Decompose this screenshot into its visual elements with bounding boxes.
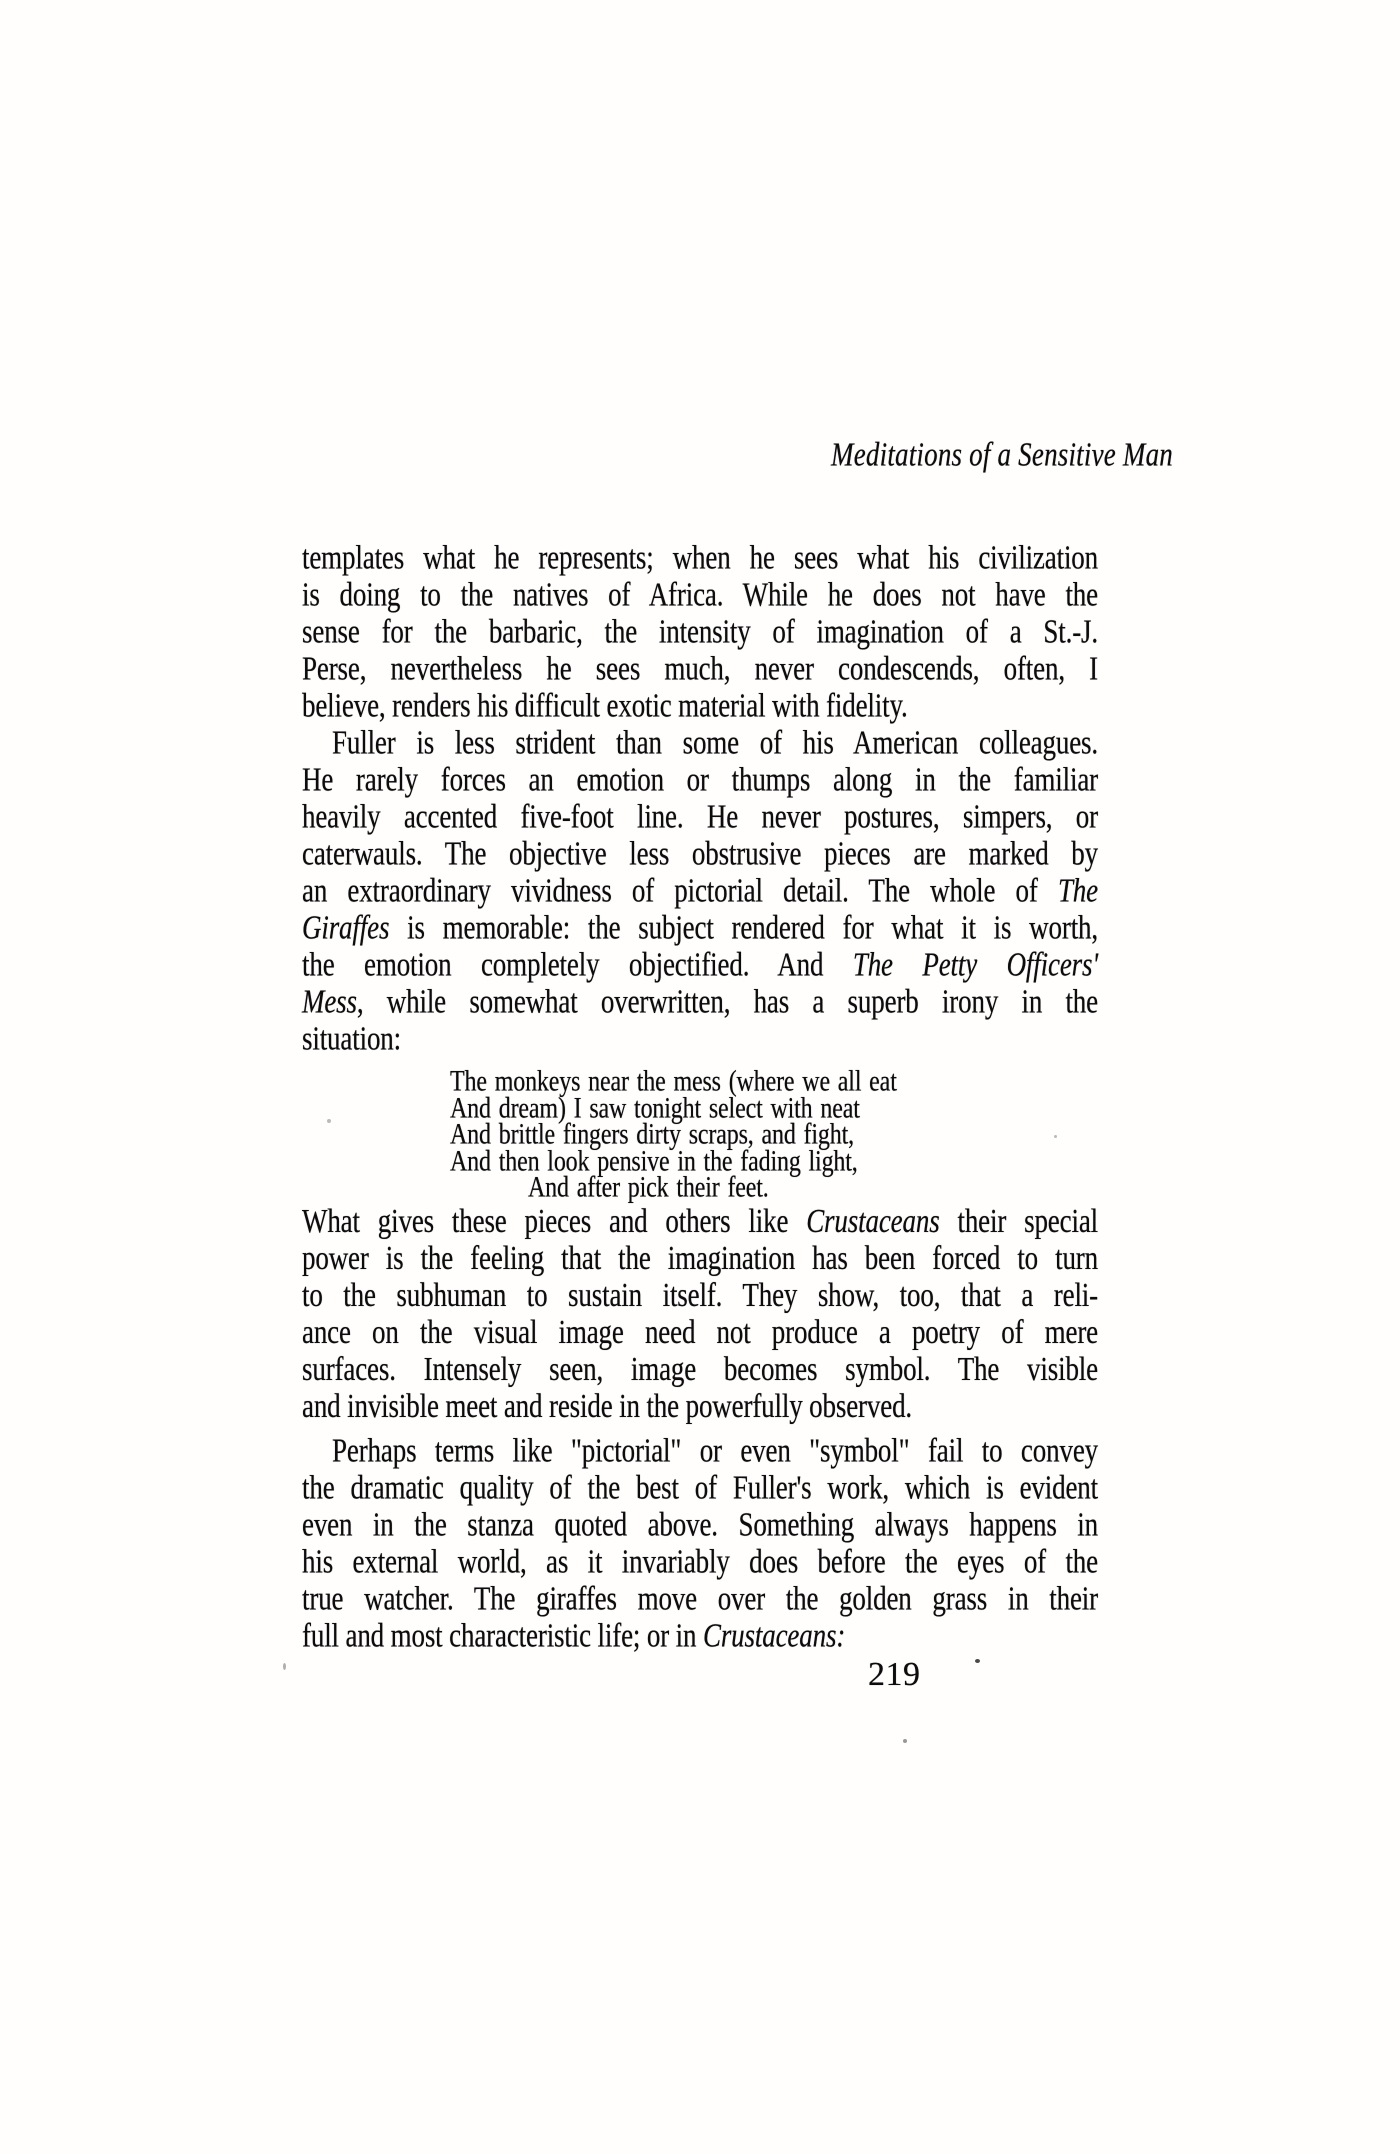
- italic-title-text: Mess: [302, 983, 357, 1020]
- text-line: Fuller is less strident than some of his…: [302, 724, 1098, 761]
- body-text: Fuller is less strident than some of his…: [332, 724, 1098, 761]
- text-line: the emotion completely objectified. And …: [302, 946, 1098, 983]
- text-line: Perhaps terms like "pictorial" or even "…: [302, 1431, 1098, 1468]
- body-text: And after pick their feet.: [528, 1172, 769, 1204]
- text-line: even in the stanza quoted above. Somethi…: [302, 1505, 1098, 1542]
- body-text: ance on the visual image need not produc…: [302, 1313, 1098, 1350]
- body-text: true watcher. The giraffes move over the…: [302, 1579, 1098, 1616]
- body-text: the dramatic quality of the best of Full…: [302, 1468, 1098, 1505]
- body-text: and invisible meet and reside in the pow…: [302, 1387, 912, 1424]
- text-line: power is the feeling that the imaginatio…: [302, 1239, 1098, 1276]
- page-number: 219: [868, 1656, 921, 1694]
- body-text: full and most characteristic life; or in: [302, 1616, 703, 1653]
- text-line: is doing to the natives of Africa. While…: [302, 576, 1098, 613]
- body-text: an extraordinary vividness of pictorial …: [302, 872, 1058, 909]
- body-text: the emotion completely objectified. And: [302, 946, 853, 983]
- body-text: their special: [940, 1202, 1098, 1239]
- text-line: sense for the barbaric, the intensity of…: [302, 613, 1098, 650]
- verse-quote: The monkeys near the mess (where we all …: [302, 1069, 1098, 1202]
- text-line: templates what he represents; when he se…: [302, 539, 1098, 576]
- paragraph: What gives these pieces and others like …: [302, 1202, 1098, 1424]
- paragraph: templates what he represents; when he se…: [302, 539, 1098, 724]
- text-line: situation:: [302, 1020, 1098, 1057]
- text-line: true watcher. The giraffes move over the…: [302, 1579, 1098, 1616]
- paragraph: Fuller is less strident than some of his…: [302, 724, 1098, 1057]
- body-text: caterwauls. The objective less obstrusiv…: [302, 835, 1098, 872]
- italic-title-text: Crustaceans:: [703, 1616, 845, 1653]
- text-line: to the subhuman to sustain itself. They …: [302, 1276, 1098, 1313]
- italic-title-text: Crustaceans: [806, 1202, 939, 1239]
- text-line: ance on the visual image need not produc…: [302, 1313, 1098, 1350]
- body-text: sense for the barbaric, the intensity of…: [302, 613, 1098, 650]
- paragraph: Perhaps terms like "pictorial" or even "…: [302, 1431, 1098, 1653]
- body-text: his external world, as it invariably doe…: [302, 1542, 1098, 1579]
- body-text: believe, renders his difficult exotic ma…: [302, 687, 908, 724]
- text-line: an extraordinary vividness of pictorial …: [302, 872, 1098, 909]
- text-line: What gives these pieces and others like …: [302, 1202, 1098, 1239]
- text-line: surfaces. Intensely seen, image becomes …: [302, 1350, 1098, 1387]
- text-line: believe, renders his difficult exotic ma…: [302, 687, 1098, 724]
- text-line: heavily accented five-foot line. He neve…: [302, 798, 1098, 835]
- body-text: power is the feeling that the imaginatio…: [302, 1239, 1098, 1276]
- text-line: the dramatic quality of the best of Full…: [302, 1468, 1098, 1505]
- body-text: is memorable: the subject rendered for w…: [389, 909, 1098, 946]
- scan-speck: [1054, 1135, 1057, 1138]
- text-line: He rarely forces an emotion or thumps al…: [302, 761, 1098, 798]
- italic-title-text: The Petty Officers': [853, 946, 1098, 983]
- scan-speck: [975, 1659, 980, 1663]
- text-line: Mess, while somewhat overwritten, has a …: [302, 983, 1098, 1020]
- body-text: surfaces. Intensely seen, image becomes …: [302, 1350, 1098, 1387]
- text-line: and invisible meet and reside in the pow…: [302, 1387, 1098, 1424]
- text-line: Perse, nevertheless he sees much, never …: [302, 650, 1098, 687]
- book-page: Meditations of a Sensitive Man templates…: [0, 0, 1400, 2154]
- text-line: Giraffes is memorable: the subject rende…: [302, 909, 1098, 946]
- body-text: , while somewhat overwritten, has a supe…: [357, 983, 1098, 1020]
- verse-line: And after pick their feet.: [450, 1175, 1098, 1202]
- body-text: Perhaps terms like "pictorial" or even "…: [332, 1431, 1098, 1468]
- scan-speck: [327, 1119, 331, 1123]
- body-text: What gives these pieces and others like: [302, 1202, 806, 1239]
- body-text: He rarely forces an emotion or thumps al…: [302, 761, 1098, 798]
- body-text: is doing to the natives of Africa. While…: [302, 576, 1098, 613]
- body-text: even in the stanza quoted above. Somethi…: [302, 1505, 1098, 1542]
- running-header: Meditations of a Sensitive Man: [831, 436, 1173, 473]
- body-text: Perse, nevertheless he sees much, never …: [302, 650, 1098, 687]
- body-text: templates what he represents; when he se…: [302, 539, 1098, 576]
- italic-title-text: Giraffes: [302, 909, 389, 946]
- scan-speck: [283, 1663, 286, 1670]
- page-body-text: templates what he represents; when he se…: [302, 539, 1098, 1653]
- text-line: caterwauls. The objective less obstrusiv…: [302, 835, 1098, 872]
- text-line: full and most characteristic life; or in…: [302, 1616, 1098, 1653]
- body-text: to the subhuman to sustain itself. They …: [302, 1276, 1098, 1313]
- italic-title-text: The: [1058, 872, 1098, 909]
- body-text: heavily accented five-foot line. He neve…: [302, 798, 1098, 835]
- body-text: situation:: [302, 1020, 401, 1057]
- scan-speck: [903, 1739, 907, 1743]
- text-line: his external world, as it invariably doe…: [302, 1542, 1098, 1579]
